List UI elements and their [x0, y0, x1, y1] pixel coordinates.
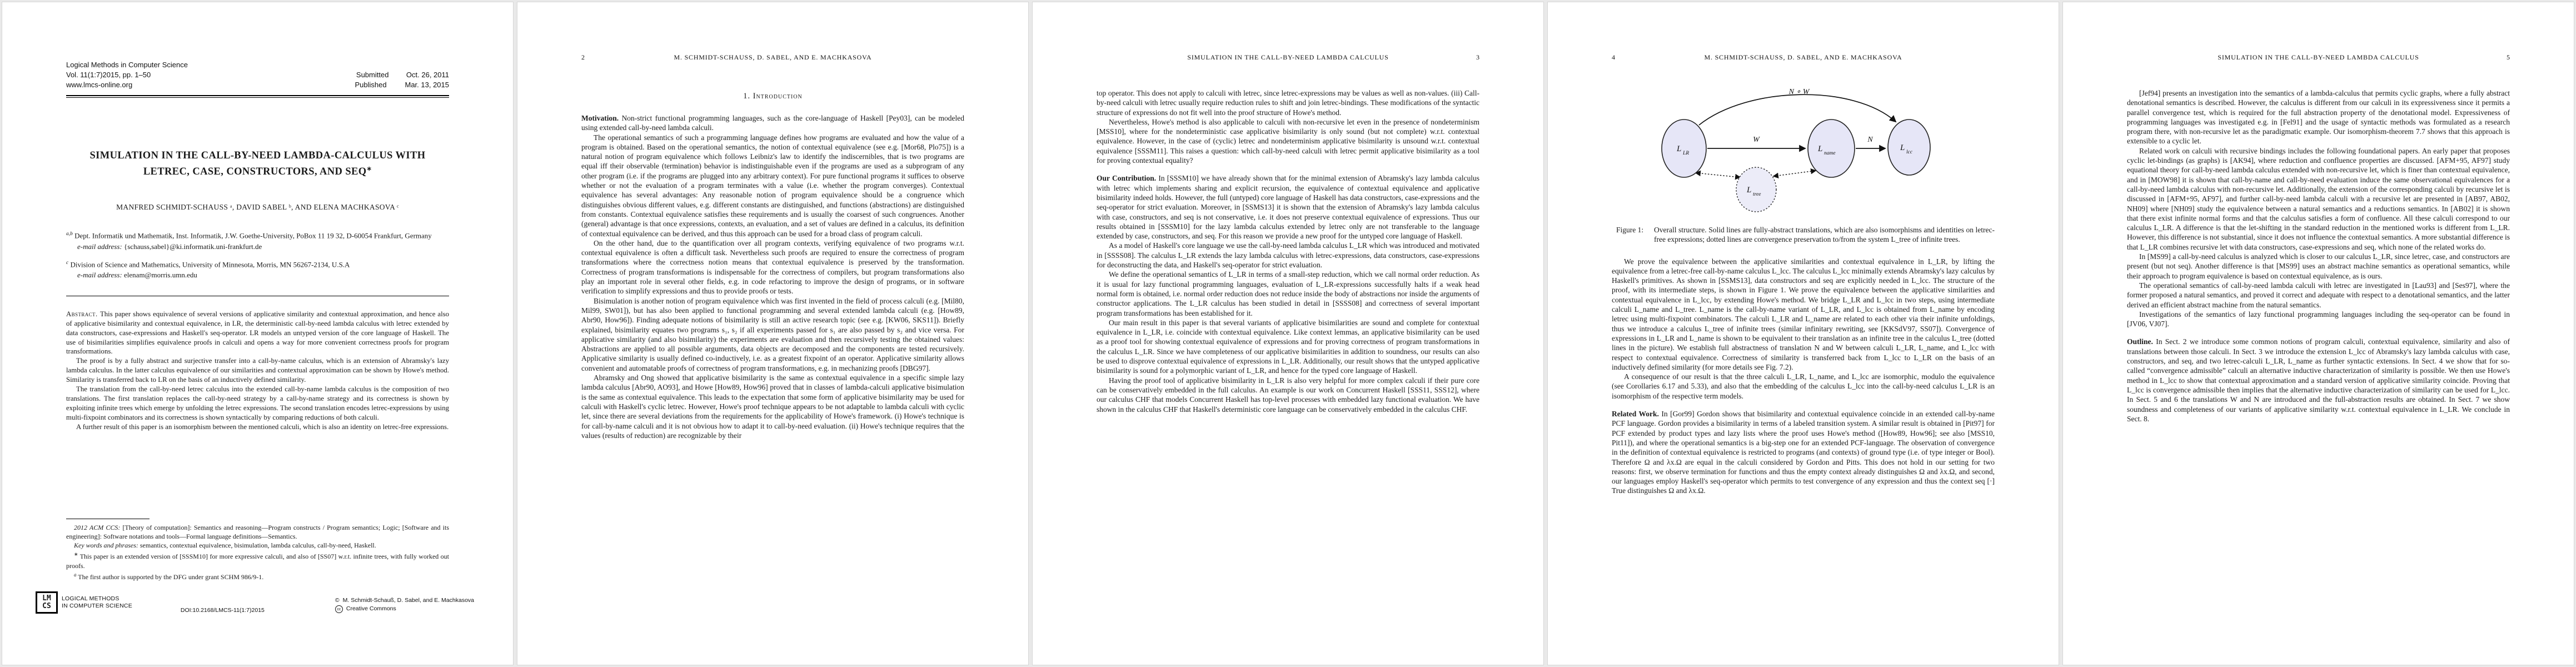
paragraph: [Jef94] presents an investigation into t… — [2127, 88, 2510, 146]
running-head-title: SIMULATION IN THE CALL-BY-NEED LAMBDA CA… — [2218, 53, 2419, 61]
paper-spread: Logical Methods in Computer Science Vol.… — [0, 0, 2576, 667]
paragraph: We prove the equivalence between the app… — [1612, 257, 1995, 372]
edge-label-n: N — [1867, 136, 1873, 144]
running-head: 4 M. SCHMIDT-SCHAUSS, D. SABEL, AND E. M… — [1612, 53, 1995, 62]
lmcs-logo-group: LM CS LOGICAL METHODS IN COMPUTER SCIENC… — [36, 591, 132, 614]
masthead-divider — [66, 95, 449, 98]
abstract-paragraph: A further result of this paper is an iso… — [66, 422, 449, 432]
published-date: Mar. 13, 2015 — [405, 80, 450, 90]
paragraph-motivation: Motivation. Non-strict functional progra… — [581, 113, 964, 133]
abstract: Abstract. This paper shows equivalence o… — [66, 310, 449, 432]
page-4: 4 M. SCHMIDT-SCHAUSS, D. SABEL, AND E. M… — [1547, 2, 2059, 665]
submission-dates: Submitted Oct. 26, 2011 Published Mar. 1… — [355, 70, 450, 90]
body-text: [Jef94] presents an investigation into t… — [2127, 88, 2510, 424]
paragraph: A consequence of our result is that the … — [1612, 372, 1995, 401]
page-number: 2 — [581, 53, 585, 62]
figure-caption-label: Figure 1: — [1616, 225, 1643, 235]
running-head: SIMULATION IN THE CALL-BY-NEED LAMBDA CA… — [2127, 53, 2510, 62]
paragraph: The operational semantics of such a prog… — [581, 133, 964, 238]
body-text: We prove the equivalence between the app… — [1612, 257, 1995, 496]
edge-label-w: W — [1753, 136, 1760, 144]
authors-line: MANFRED SCHMIDT-SCHAUSS ᵃ, DAVID SABEL ᵇ… — [66, 203, 449, 212]
footnote-grant: a The first author is supported by the D… — [66, 570, 449, 581]
page-number: 5 — [2507, 53, 2510, 62]
node-label: L — [1900, 143, 1905, 152]
calculus-node-llr — [1662, 120, 1706, 177]
paragraph: On the other hand, due to the quantifica… — [581, 238, 964, 296]
abstract-paragraph: Abstract. This paper shows equivalence o… — [66, 310, 449, 357]
email-address[interactable]: {schauss,sabel}@ki.informatik.uni-frankf… — [124, 242, 262, 251]
affiliation-marker: a,b — [66, 231, 73, 237]
translation-arrow-n-compose-w — [1699, 94, 1896, 125]
paragraph: top operator. This does not apply to cal… — [1097, 88, 1479, 117]
running-head: 2 M. SCHMIDT-SCHAUSS, D. SABEL, AND E. M… — [581, 53, 964, 62]
paragraph: Having the proof tool of applicative bis… — [1097, 376, 1479, 414]
calculus-node-lname — [1808, 120, 1855, 177]
paragraph: Our main result in this paper is that se… — [1097, 318, 1479, 376]
paragraph: Abramsky and Ong showed that applicative… — [581, 373, 964, 440]
affiliation-marker: c — [66, 260, 68, 266]
node-label-sub: tree — [1753, 192, 1761, 197]
footnote-divider — [66, 519, 150, 519]
paragraph-contribution: Our Contribution. In [SSSM10] we have al… — [1097, 173, 1479, 241]
published-label: Published — [355, 80, 394, 90]
email-address[interactable]: elenam@morris.umn.edu — [124, 271, 197, 279]
paragraph: The operational semantics of call-by-nee… — [2127, 281, 2510, 310]
footnote-keywords: Key words and phrases: semantics, contex… — [66, 541, 449, 550]
node-label: L — [1817, 145, 1822, 153]
footnotes: 2012 ACM CCS: [Theory of computation]: S… — [66, 519, 449, 581]
copyright-icon: © — [335, 596, 340, 605]
affiliation-ab-email: e-mail address: {schauss,sabel}@ki.infor… — [66, 242, 449, 252]
submitted-label: Submitted — [356, 70, 395, 80]
affiliation-c-email: e-mail address: elenam@morris.umn.edu — [66, 270, 449, 280]
figure-caption: Figure 1: Overall structure. Solid lines… — [1612, 225, 1995, 245]
paragraph: We define the operational semantics of L… — [1097, 270, 1479, 317]
affiliation-c: c Division of Science and Mathematics, U… — [66, 260, 449, 270]
affiliation-ab: a,b Dept. Informatik und Mathematik, Ins… — [66, 231, 449, 241]
calculus-node-ltree — [1736, 167, 1776, 212]
abstract-paragraph: The proof is by a fully abstract and sur… — [66, 356, 449, 385]
journal-volume: Vol. 11(1:7)2015, pp. 1–50 — [66, 70, 188, 80]
abstract-paragraph: The translation from the call-by-need le… — [66, 385, 449, 422]
journal-info: Logical Methods in Computer Science Vol.… — [66, 60, 188, 91]
section-heading: 1. Introduction — [581, 92, 964, 101]
edge-label-nw: N ∘ W — [1788, 88, 1810, 96]
abstract-divider — [66, 296, 449, 296]
convergence-arrow-llr-ltree — [1696, 173, 1740, 177]
running-head: SIMULATION IN THE CALL-BY-NEED LAMBDA CA… — [1097, 53, 1479, 62]
page-2: 2 M. SCHMIDT-SCHAUSS, D. SABEL, AND E. M… — [517, 2, 1029, 665]
paragraph: In [MS99] a call-by-need calculus is ana… — [2127, 252, 2510, 281]
paragraph: Investigations of the semantics of lazy … — [2127, 310, 2510, 329]
node-label-sub: lcc — [1906, 150, 1913, 155]
body-text: Motivation. Non-strict functional progra… — [581, 113, 964, 440]
paragraph-related-work: Related Work. In [Gor99] Gordon shows th… — [1612, 409, 1995, 496]
lmcs-org-name: LOGICAL METHODS IN COMPUTER SCIENCE — [62, 595, 132, 609]
node-label-sub: LR — [1682, 151, 1689, 156]
node-label-sub: name — [1824, 151, 1836, 156]
abstract-label: Abstract. — [66, 310, 100, 318]
body-text: top operator. This does not apply to cal… — [1097, 88, 1479, 414]
affiliations: a,b Dept. Informatik und Mathematik, Ins… — [66, 231, 449, 280]
submitted-date: Oct. 26, 2011 — [406, 70, 449, 80]
calculi-diagram: N ∘ W W N L LR L name L — [1637, 76, 1970, 216]
creative-commons-icon: cc — [335, 605, 343, 613]
footnote-star: ∗ This paper is an extended version of [… — [66, 550, 449, 570]
title-page-footer: LM CS LOGICAL METHODS IN COMPUTER SCIENC… — [36, 591, 474, 614]
convergence-arrow-ltree-lname — [1773, 171, 1816, 176]
running-head-title: SIMULATION IN THE CALL-BY-NEED LAMBDA CA… — [1187, 53, 1388, 61]
page-number: 3 — [1476, 53, 1479, 62]
license-name: Creative Commons — [346, 605, 396, 614]
node-label: L — [1746, 186, 1751, 195]
license-block: ©M. Schmidt-Schauß, D. Sabel, and E. Mac… — [335, 596, 474, 614]
page-5: SIMULATION IN THE CALL-BY-NEED LAMBDA CA… — [2062, 2, 2574, 665]
figure-1: N ∘ W W N L LR L name L — [1612, 76, 1995, 216]
node-label: L — [1676, 145, 1681, 153]
page-3: SIMULATION IN THE CALL-BY-NEED LAMBDA CA… — [1032, 2, 1544, 665]
doi: DOI:10.2168/LMCS-11(1:7)2015 — [181, 607, 265, 614]
lmcs-logo-icon: LM CS — [36, 591, 58, 614]
journal-masthead: Logical Methods in Computer Science Vol.… — [66, 60, 449, 91]
calculus-node-llcc — [1888, 120, 1930, 175]
title-footnote-mark: ∗ — [367, 166, 372, 172]
copyright-holders: M. Schmidt-Schauß, D. Sabel, and E. Mach… — [343, 596, 474, 605]
paper-title: SIMULATION IN THE CALL-BY-NEED LAMBDA-CA… — [66, 148, 449, 180]
paragraph: Bisimulation is another notion of progra… — [581, 296, 964, 373]
running-head-authors: M. SCHMIDT-SCHAUSS, D. SABEL, AND E. MAC… — [1705, 53, 1902, 61]
paragraph: As a model of Haskell's core language we… — [1097, 241, 1479, 270]
journal-url[interactable]: www.lmcs-online.org — [66, 80, 188, 90]
journal-name: Logical Methods in Computer Science — [66, 60, 188, 70]
running-head-authors: M. SCHMIDT-SCHAUSS, D. SABEL, AND E. MAC… — [674, 53, 872, 61]
paragraph: Related work on calculi with recursive b… — [2127, 146, 2510, 252]
footnote-ccs: 2012 ACM CCS: [Theory of computation]: S… — [66, 523, 449, 541]
paragraph-outline: Outline. In Sect. 2 we introduce some co… — [2127, 337, 2510, 424]
page-1: Logical Methods in Computer Science Vol.… — [2, 2, 514, 665]
paragraph: Nevertheless, Howe's method is also appl… — [1097, 117, 1479, 165]
page-number: 4 — [1612, 53, 1615, 62]
